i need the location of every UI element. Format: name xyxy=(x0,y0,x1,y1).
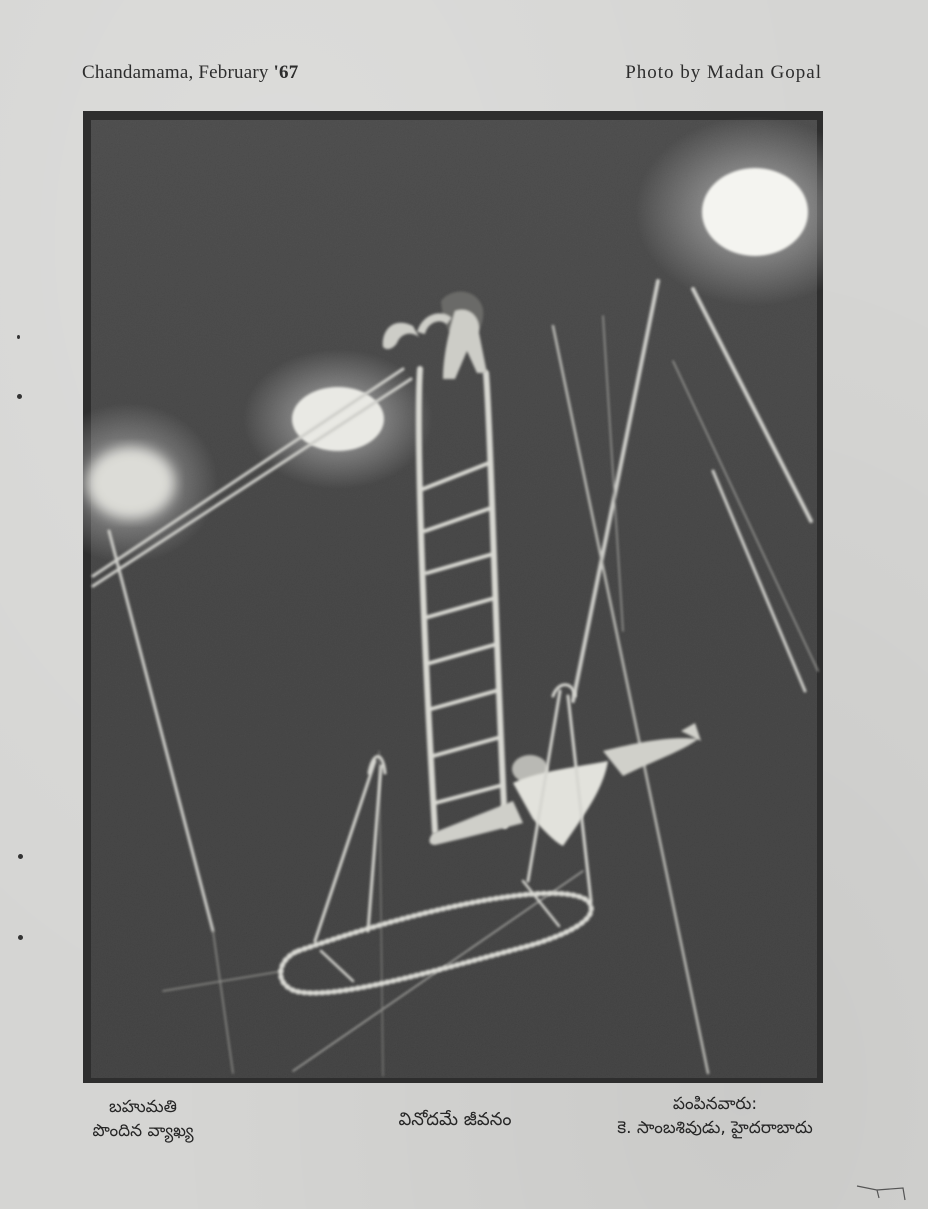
caption-prize-line-1: బహుమతి xyxy=(78,1095,208,1119)
scan-speck xyxy=(18,935,23,940)
caption-sender: పంపినవారు: కె. సాంబశివుడు, హైదరాబాదు xyxy=(580,1092,850,1140)
pencil-mark xyxy=(855,1178,915,1203)
caption-prize-line-2: పొందిన వ్యాఖ్య xyxy=(78,1119,208,1143)
caption-prize-label: బహుమతి పొందిన వ్యాఖ్య xyxy=(78,1095,208,1143)
scan-speck xyxy=(18,854,23,859)
publication-year: '67 xyxy=(274,62,299,83)
publication-name: Chandamama, February xyxy=(82,62,269,83)
circus-photograph xyxy=(83,111,823,1083)
photo-credit: Photo by Madan Gopal xyxy=(625,62,822,84)
caption-sender-label: పంపినవారు: xyxy=(580,1092,850,1116)
caption-title: వినోదమే జీవనం xyxy=(360,1108,550,1132)
caption-sender-name: కె. సాంబశివుడు, హైదరాబాదు xyxy=(580,1116,850,1140)
scan-speck xyxy=(17,335,20,339)
scan-speck xyxy=(17,394,22,399)
publication-header: Chandamama, February '67 xyxy=(82,62,298,84)
